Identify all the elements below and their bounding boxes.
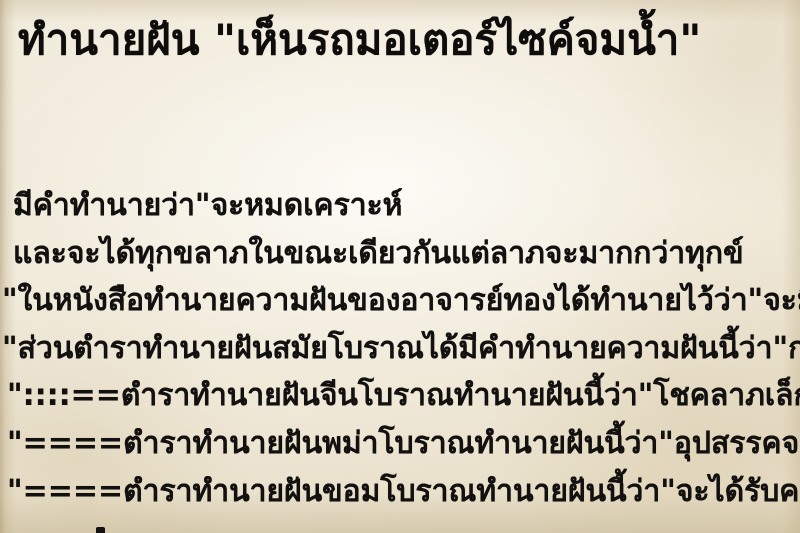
body-line-6: "====ตำราทำนายฝันพม่าโบราณทำนายฝันนี้ว่า… [0, 421, 800, 469]
body-line-3: "ในหนังสือทำนายความฝันของอาจารย์ทองได้ทำ… [0, 278, 800, 326]
body-line-4: "ส่วนตำราทำนายฝันสมัยโบราณได้มีคำทำนายคว… [0, 326, 800, 374]
paper-page: ทำนายฝัน "เห็นรถมอเตอร์ไซค์จมน้ำ" มีคำทำ… [0, 0, 800, 533]
body-line-2: และจะได้ทุกขลาภในขณะเดียวกันแต่ลาภจะมากก… [0, 231, 800, 279]
body-line-5: "::::==ตำราทำนายฝันจีนโบราณทำนายฝันนี้ว่… [0, 373, 800, 421]
body-line-7: "====ตำราทำนายฝันขอมโบราณทำนายฝันนี้ว่า"… [0, 469, 800, 517]
body-line-1: มีคำทำนายว่า"จะหมดเคราะห์ [0, 183, 800, 231]
clipped-next-line-mark [96, 527, 105, 533]
interpretation-text: มีคำทำนายว่า"จะหมดเคราะห์ และจะได้ทุกขลา… [0, 183, 800, 516]
page-title: ทำนายฝัน "เห็นรถมอเตอร์ไซค์จมน้ำ" [18, 4, 701, 76]
